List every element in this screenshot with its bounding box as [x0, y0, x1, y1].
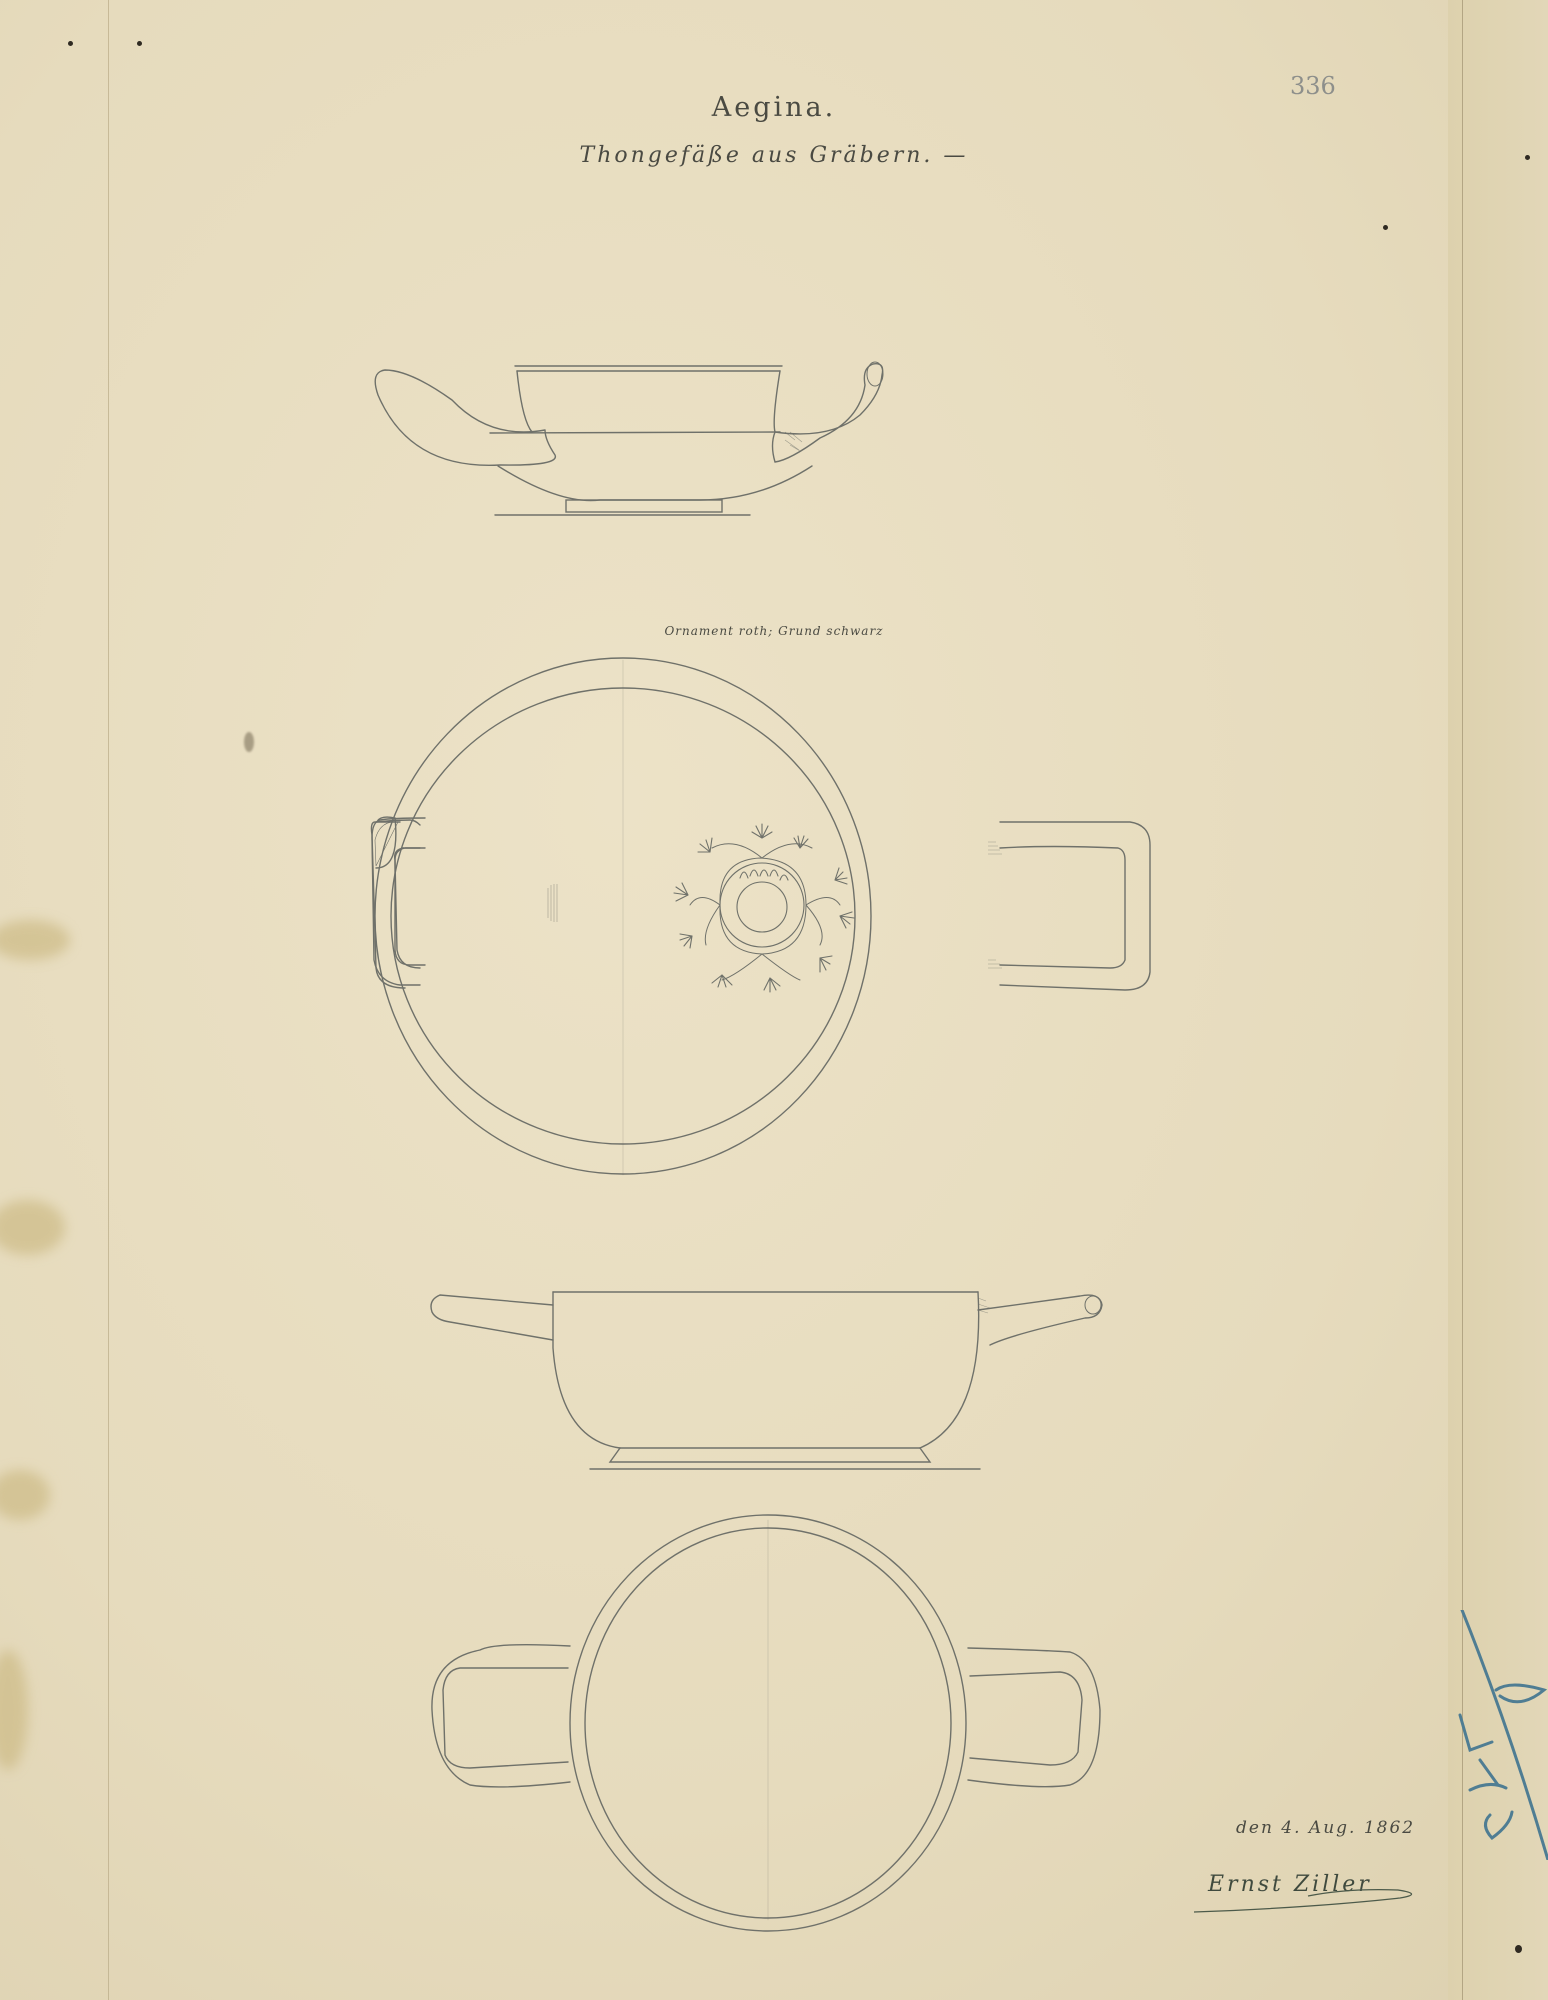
kylix-top-figure [371, 658, 1150, 1175]
vessel-drawings [0, 0, 1548, 2000]
sheet-number: 336 [1290, 72, 1336, 100]
palmette-ring [690, 844, 840, 980]
blue-crayon-mark-icon [1440, 1610, 1548, 1860]
palmettes [674, 824, 854, 992]
date-line: den 4. Aug. 1862 [1236, 1818, 1415, 1838]
kylix-profile-figure [375, 362, 883, 515]
sheet-subtitle: Thongefäße aus Gräbern. — [0, 143, 1548, 168]
skyphos-profile-figure [431, 1292, 1102, 1469]
paper-sheet: Aegina. Thongefäße aus Gräbern. — 336 Or… [0, 0, 1548, 2000]
signature-flourish-icon [1188, 1880, 1428, 1920]
skyphos-top-figure [432, 1515, 1100, 1931]
ornament-note: Ornament roth; Grund schwarz [0, 624, 1548, 638]
